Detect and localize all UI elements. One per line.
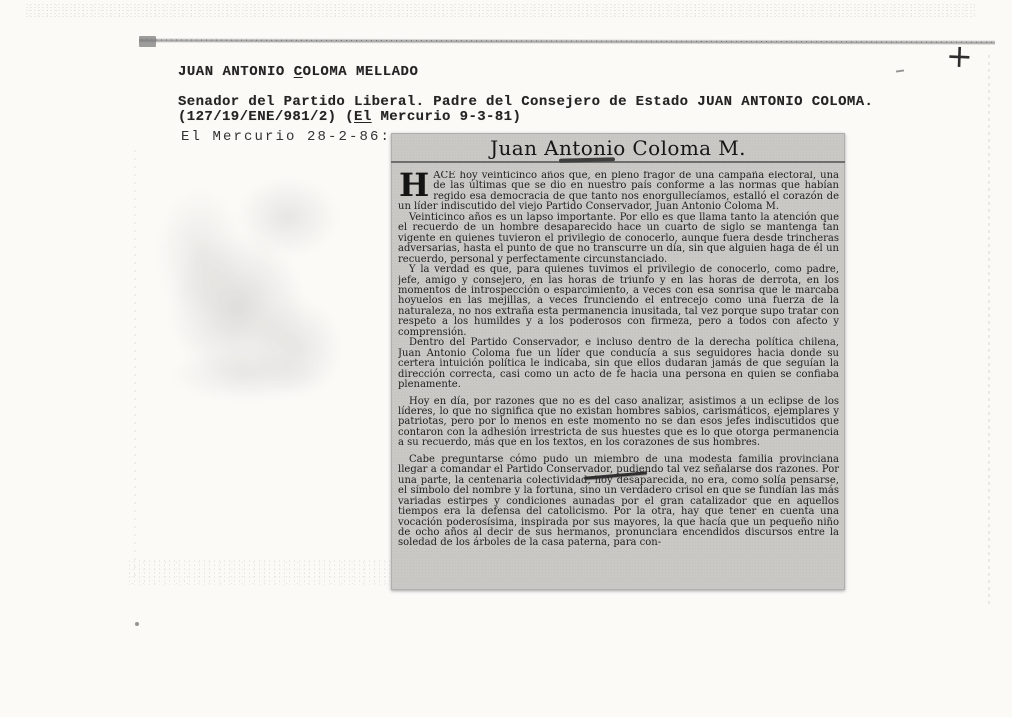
clipping-body: HACE hoy veinticinco años que, en pleno … [398,171,839,588]
archive-reference-line: (127/19/ENE/981/2) (El Mercurio 9-3-81) [178,109,521,125]
clipping-paragraph: Dentro del Partido Conservador, e inclus… [398,338,839,390]
clipping-paragraph: Cabe preguntarse cómo pudo un miembro de… [398,455,839,549]
scan-edge-cap [139,36,156,47]
archive-ref-pre: (127/19/ENE/981/2) ( [178,109,354,125]
archive-ref-underlined: El [354,109,372,125]
drop-cap: H [398,171,433,199]
clipping-paragraph: HACE hoy veinticinco años que, en pleno … [398,171,839,213]
newspaper-clipping: Juan Antonio Coloma M. HACE hoy veintici… [391,133,845,590]
clipping-paragraph: Veinticinco años es un lapso importante.… [398,213,839,265]
subject-name-line: JUAN ANTONIO COLOMA MELLADO [178,64,418,80]
plus-mark: + [945,40,973,73]
paragraph-text: ACE hoy veinticinco años que, en pleno f… [398,171,839,212]
scan-noise-band [25,3,975,19]
source-date-line: El Mercurio 28-2-86: [181,129,391,145]
archive-ref-post: Mercurio 9-3-81) [372,109,522,125]
headline-rule [391,161,845,163]
scan-edge-line [139,38,995,45]
subject-description-line: Senador del Partido Liberal. Padre del C… [178,94,873,110]
subject-name-underlined: C [294,64,303,80]
right-edge-line [988,55,990,605]
ink-dot [135,622,139,626]
subject-name-pre: JUAN ANTONIO [178,64,294,80]
stray-pen-dot [896,69,904,72]
clipping-paragraph: Hoy en día, por razones que no es del ca… [398,397,839,449]
bottom-noise-band [127,559,399,585]
left-edge-line [134,150,136,580]
stain-smudge [138,162,358,412]
clipping-paragraph: Y la verdad es que, para quienes tuvimos… [398,265,839,338]
subject-name-post: OLOMA MELLADO [303,64,419,80]
clipping-headline: Juan Antonio Coloma M. [391,136,845,160]
scanned-page: + JUAN ANTONIO COLOMA MELLADO Senador de… [0,0,1012,717]
